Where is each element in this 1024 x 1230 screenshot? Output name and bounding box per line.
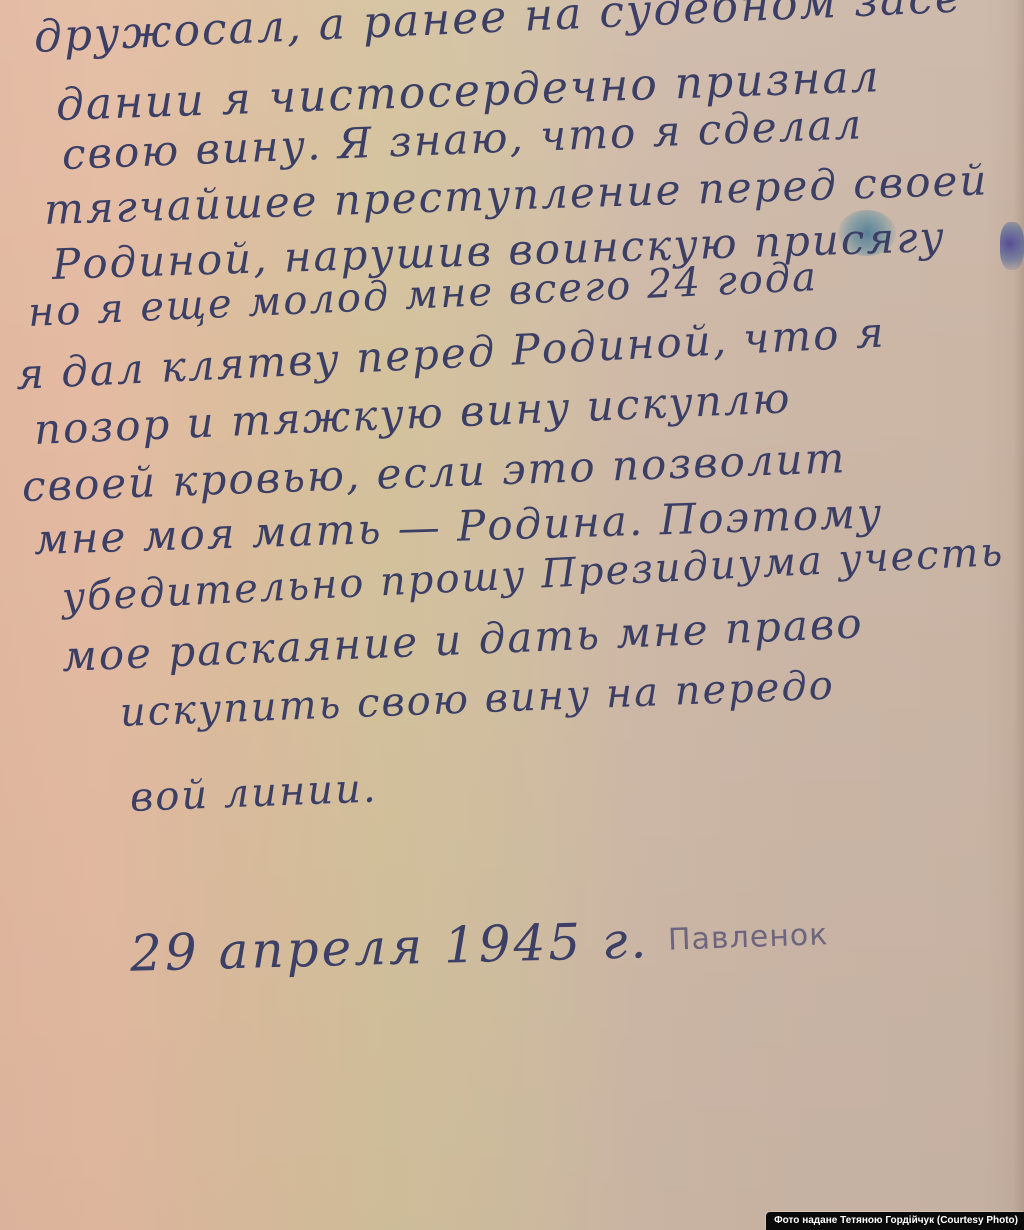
ink-blot-edge	[1000, 222, 1024, 270]
signature: Павленок	[667, 917, 828, 958]
photo-credit-caption: Фото надане Тетяною Гордійчук (Courtesy …	[766, 1212, 1024, 1230]
handwritten-line: вой линии.	[129, 766, 378, 821]
paper-edge-shadow	[1014, 0, 1024, 1230]
